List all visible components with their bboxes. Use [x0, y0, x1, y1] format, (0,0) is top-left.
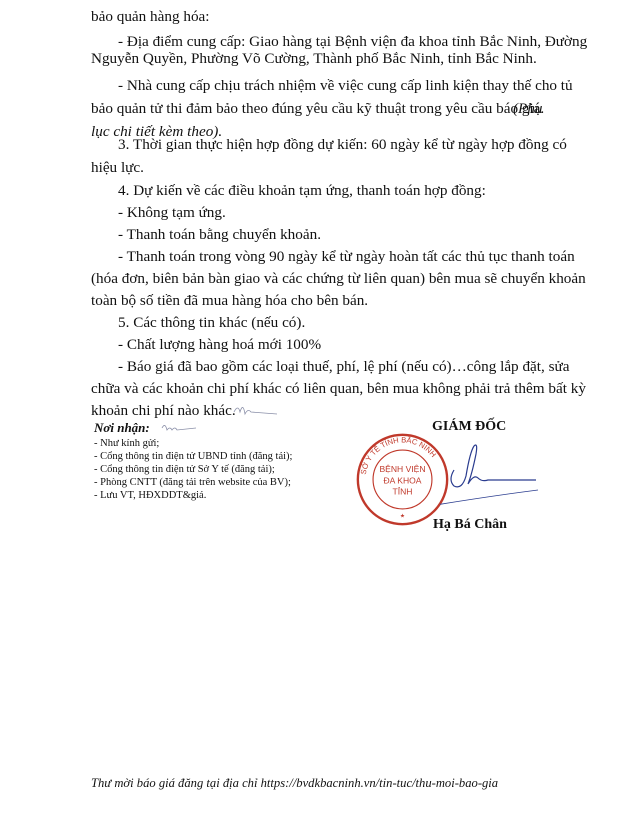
recipients-title: Nơi nhận: — [94, 420, 150, 436]
signer-name: Hạ Bá Chân — [433, 517, 507, 533]
body-line: toàn bộ số tiền đã mua hàng hóa cho bên … — [91, 292, 368, 310]
body-line: - Chất lượng hàng hoá mới 100% — [118, 336, 321, 354]
body-line: (Phụ — [513, 100, 543, 118]
handwritten-signature-icon — [440, 440, 540, 520]
body-line: - Nhà cung cấp chịu trách nhiệm về việc … — [118, 77, 548, 95]
body-line: 5. Các thông tin khác (nếu có). — [118, 314, 305, 332]
body-line: bảo quản tử thi đảm bảo theo đúng yêu cầ… — [91, 100, 544, 118]
recipient-item: - Cổng thông tin điện tử Sở Y tế (đăng t… — [94, 464, 275, 475]
recipient-item: - Cổng thông tin điện tử UBND tỉnh (đăng… — [94, 451, 292, 462]
recipients-initial-scribble — [160, 420, 200, 434]
svg-text:BỆNH VIỆN: BỆNH VIỆN — [379, 464, 425, 474]
svg-text:ĐA KHOA: ĐA KHOA — [384, 475, 422, 485]
svg-text:★: ★ — [400, 513, 405, 520]
body-line: - Báo giá đã bao gồm các loại thuế, phí,… — [118, 358, 548, 376]
body-line: - Thanh toán trong vòng 90 ngày kể từ ng… — [118, 248, 548, 266]
body-line: (hóa đơn, biên bản bàn giao và các chứng… — [91, 270, 548, 288]
body-line: - Thanh toán bằng chuyển khoản. — [118, 226, 321, 244]
body-line: chữa và các khoản chi phí khác có liên q… — [91, 380, 548, 398]
initial-scribble — [232, 400, 282, 420]
official-stamp-icon: SỞ Y TẾ TỈNH BẮC NINH BỆNH VIỆN ĐA KHOA … — [355, 432, 450, 527]
body-line: - Địa điểm cung cấp: Giao hàng tại Bệnh … — [118, 33, 548, 51]
recipient-item: - Phòng CNTT (đăng tải trên website của … — [94, 477, 291, 488]
body-line: hiệu lực. — [91, 159, 144, 177]
body-line: - Không tạm ứng. — [118, 204, 226, 222]
recipient-item: - Như kính gửi; — [94, 438, 159, 449]
svg-text:TỈNH: TỈNH — [393, 486, 413, 497]
body-line: bảo quản hàng hóa: — [91, 8, 210, 26]
body-line: 4. Dự kiến về các điều khoản tạm ứng, th… — [118, 182, 486, 200]
body-line: khoản chi phí nào khác. — [91, 402, 236, 420]
body-line: 3. Thời gian thực hiện hợp đồng dự kiến:… — [118, 136, 548, 154]
recipient-item: - Lưu VT, HĐXDDT&giá. — [94, 490, 206, 501]
footer-note: Thư mời báo giá đăng tại địa chỉ https:/… — [91, 776, 498, 791]
body-line: Nguyễn Quyền, Phường Võ Cường, Thành phố… — [91, 50, 537, 68]
